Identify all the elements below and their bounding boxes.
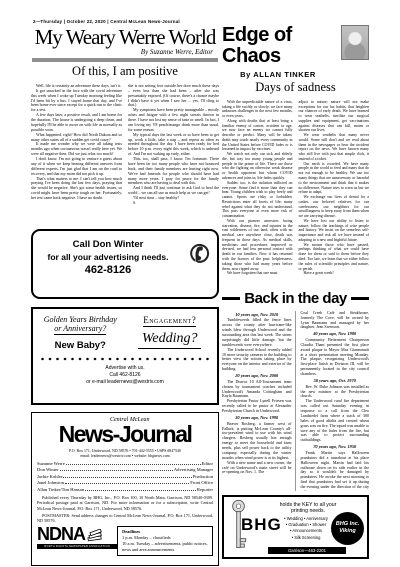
newspaper-brand: Central McLean News-Journal [37,416,213,448]
paragraph: Coal Creek Café and Steakhouse, formerly… [300,311,369,331]
chaos-article-col1: With the unpredictable nature of a virus… [222,100,293,286]
paragraph: We mourn those who have passed, perhaps … [299,243,370,272]
chaos-article: With the unpredictable nature of a virus… [222,100,369,286]
ndna-banner: NORTH DAKOTA NEWSPAPER ASSOCIATION [37,544,117,549]
paragraph: adjust to nature; nature will not make e… [299,100,370,133]
paragraph: My symptoms have been pretty manageable … [128,108,219,132]
postmaster-info: POSTMASTER: Send address changes to Cent… [37,513,213,524]
ad-phone-number: 462-8126 [41,264,175,276]
chaos-column-title: Edge of Chaos [222,25,341,67]
back-in-the-day-title: Back in the day [244,290,347,307]
dotted-leader [65,483,189,484]
ndna-wordmark: NDNA [37,526,85,542]
paragraph: she is not setting foot outside her door… [128,84,219,108]
advertise-lines: Advertise with us. Call 462-8126 or e-ma… [39,365,211,385]
staff-row: Allan Tinker/Tim HansonReporter [37,487,213,493]
paragraph: Sadder, too, is the isolation inflicted … [222,181,293,219]
right-column: Edge of Chaos By ALLAN TINKER Days of sa… [222,25,369,559]
bitd-col2: Coal Creek Café and Steakhouse, formerly… [295,311,369,491]
paragraph: The Underwood rural fire department was … [300,399,369,443]
don-winter-ad: Call Don Winter for all your advertising… [31,229,219,299]
dotted-divider [41,357,209,361]
werre-column-title: My Weary Werre World [31,25,219,49]
paragraph: The District 10 All-Tournament team chos… [222,380,291,400]
chaos-byline: By ALLAN TINKER [222,70,334,79]
werre-headline: Of this, I am positive [31,65,219,79]
occasions-grid: Golden Years Birthday or Anniversary? Ne… [39,315,211,351]
wedding-text: Wedding? [128,327,211,349]
paragraph: We have forgotten that one must [222,271,293,276]
paragraph: We have lost our ability to listen to na… [299,219,370,243]
masthead-bottom: NDNA NORTH DAKOTA NEWSPAPER ASSOCIATION … [37,526,213,555]
bhg-services-list: • Wedding • Anniversary • Graduation • S… [272,516,340,541]
bitd-col1: 10 years ago, Nov. 2010 Tumbleweeds fill… [222,311,291,491]
columnist-photo [341,25,369,60]
gray-rule [32,58,218,62]
rule-left [222,297,240,300]
occasions-left: Golden Years Birthday or Anniversary? Ne… [39,315,122,351]
golden-years-text: Golden Years Birthday or Anniversary? [39,315,122,335]
telephone-icon: ✆ [187,241,212,269]
chaos-header: Edge of Chaos By ALLAN TINKER [222,25,369,79]
era-heading: 50 years ago, Oct. 1970 [300,378,369,384]
paragraph: It made me wonder why we were all taking… [31,142,122,157]
paragraph: Our earth is crowded. We have many peopl… [299,162,370,195]
werre-byline: By Suzanne Werre, Editor [31,48,219,56]
paragraph: We wear seatbelts that many never would.… [299,133,370,162]
paragraph: A few days later, a positive result, and… [31,113,122,133]
bhg-printing-ad: BHG holds the KEY to all your printing n… [222,495,369,559]
paragraph: This, too, shall pass, I know. I'm fortu… [128,157,219,186]
paragraph: Beaver Rosberg, a farmer west of Falkirk… [222,422,291,461]
paragraph: The Underwood School recently added 10 m… [222,348,291,372]
occasions-right: Engagement? Wedding? [128,315,211,351]
publication-info: Published every Thursday by BHG, Inc., P… [37,495,213,511]
paragraph: With our pioneer ancestors facing starva… [222,219,293,271]
paragraph: That's what matters to me. I can't tell … [31,177,122,201]
chaos-article-col2: adjust to nature; nature will not make e… [299,100,370,286]
paragraph: With the unpredictable nature of a virus… [222,100,293,119]
paragraph: I don't know. I'm not going to venture a… [31,157,122,177]
bhg-ad-footer: Garrison—463-2201 [268,547,346,554]
bhg-viking-badge: BHG Inc. Viking [331,512,364,545]
dotted-leader [60,470,173,471]
new-baby-text: New Baby? [39,340,122,351]
occasions-ad: Golden Years Birthday or Anniversary? Ne… [31,307,219,405]
paragraph: Community Betterment Chairperson Claudia… [300,338,369,377]
paragraph: My typical days the last week or so have… [128,133,219,157]
paragraph: With a new name and a new owner, the caf… [222,461,291,476]
brand-top-label: Central McLean [110,417,149,423]
werre-article-col2: she is not setting foot outside her door… [128,84,219,224]
paragraph: Rev. W. Duke Johnson was installed as th… [300,385,369,400]
masthead-box: Central McLean News-Journal P.O. Box 171… [31,412,219,566]
dotted-leader [85,490,196,491]
werre-article: Well, life is certainly an adventure the… [31,84,219,224]
paragraph: Frank Martin says Halloween pranksters d… [300,451,369,491]
left-column: My Weary Werre World By Suzanne Werre, E… [31,25,219,566]
engagement-text: Engagement? [128,315,211,327]
deadlines-box: Deadlines 1 p.m. Monday – classifieds 10… [117,526,213,555]
page-dateline: 2—Thursday | October 22, 2020 | Central … [33,19,180,24]
newspaper-page: 2—Thursday | October 22, 2020 | Central … [0,0,400,567]
dotted-leader [66,464,201,465]
back-in-the-day-header: Back in the day [222,290,369,307]
paragraph: We exchange our lives of denial for a ca… [299,195,370,219]
paragraph: S. [128,201,219,206]
staff-list: Suzanne WerreEditor Don WinterAdvertisin… [37,461,213,493]
newspaper-stack-icon [87,529,103,543]
masthead-contact: P.O. Box 171, Underwood, ND 58576 • 701-… [37,449,213,459]
rule-right [351,297,369,300]
paragraph: Tumbleweeds filled the fence lines acros… [222,318,291,347]
ad-line: Call Don Winter [41,239,175,250]
paragraph: It got smacked in the face with the covi… [31,89,122,113]
era-heading: 20 years ago, Nov. 2000 [222,373,291,379]
ndna-logo: NDNA NORTH DAKOTA NEWSPAPER ASSOCIATION [37,526,117,548]
era-heading: 30 years ago, Nov. 1990 [222,415,291,421]
dotted-leader [63,477,191,478]
paragraph: We watch not only our sick and elderly d… [222,152,293,181]
werre-article-col1: Well, life is certainly an adventure the… [31,84,122,224]
bhg-ad-headline: holds the KEY to all your printing needs… [272,502,344,514]
paragraph: Along with deaths that at least bring a … [222,119,293,152]
paragraph: Presbyterian Pastor Lynell Friesen was r… [222,399,291,414]
chaos-headline: Days of sadness [222,81,369,95]
ad-line: for all your advertising needs. [41,252,175,262]
paragraph: Have a great week! [299,271,370,276]
back-in-the-day-columns: 10 years ago, Nov. 2010 Tumbleweeds fill… [222,311,369,491]
